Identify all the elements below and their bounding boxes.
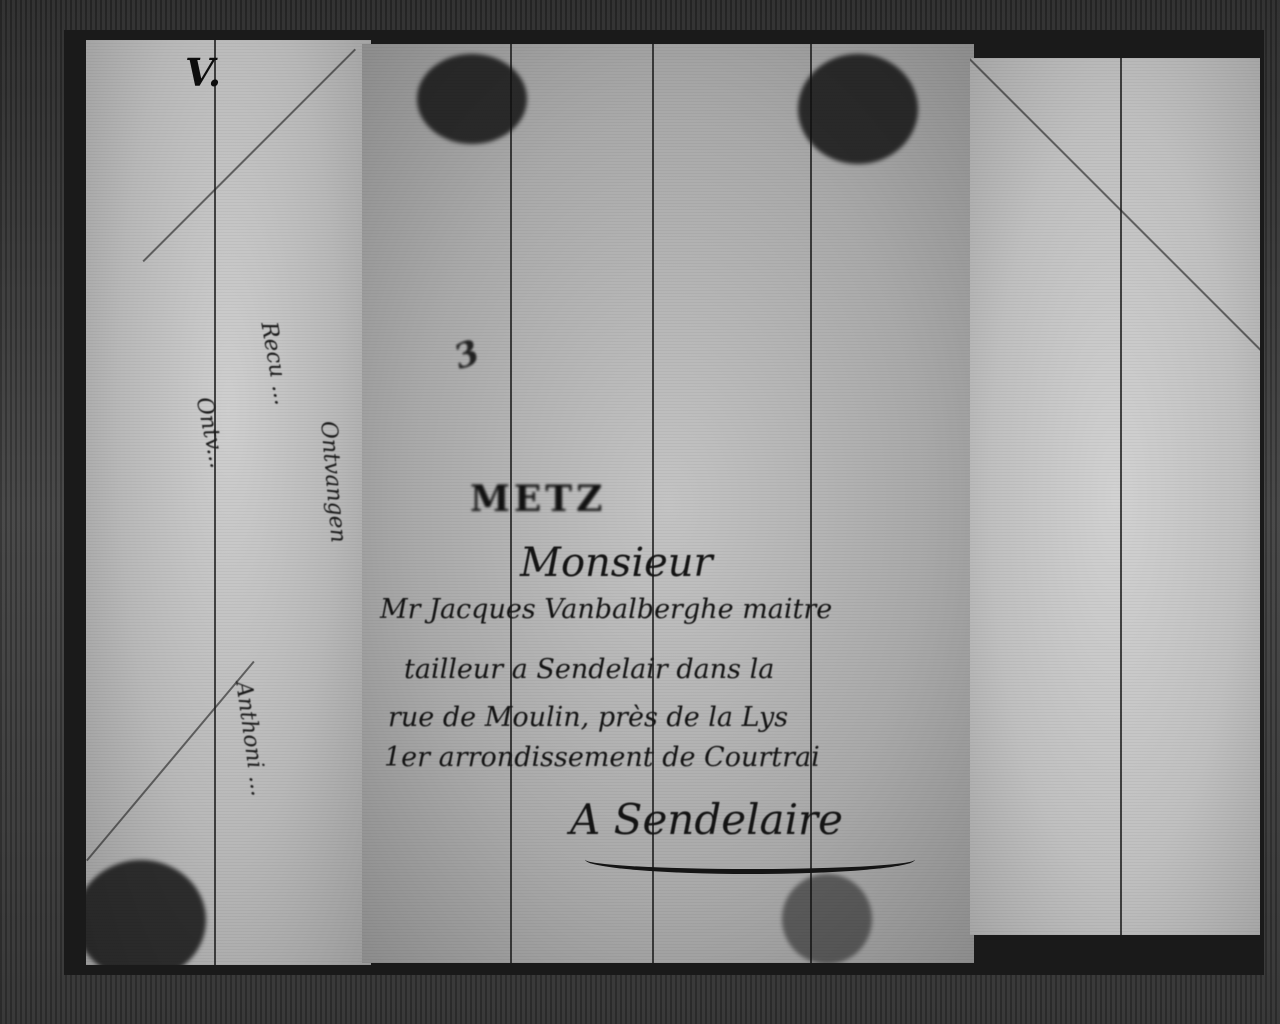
water-stain <box>782 874 872 963</box>
flap-diagonal <box>86 661 255 861</box>
seal-stain <box>417 54 527 144</box>
postmark-stamp: METZ <box>470 478 606 520</box>
fold-line <box>1120 58 1122 935</box>
flap-diagonal <box>142 49 356 263</box>
water-stain <box>86 860 206 965</box>
right-flap <box>970 58 1260 935</box>
address-destination: A Sendelaire <box>570 795 843 844</box>
flap-diagonal <box>970 58 1260 356</box>
corner-mark: V. <box>185 50 221 95</box>
signature-flourish <box>585 845 915 874</box>
address-line: 1er arrondissement de Courtrai <box>384 742 820 773</box>
address-salutation: Monsieur <box>520 540 713 586</box>
address-line: tailleur a Sendelair dans la <box>404 654 774 685</box>
seal-stain <box>798 54 918 164</box>
address-line: Mr Jacques Vanbalberghe maitre <box>380 594 832 625</box>
address-line: rue de Moulin, près de la Lys <box>388 702 788 733</box>
fold-line <box>214 40 216 965</box>
